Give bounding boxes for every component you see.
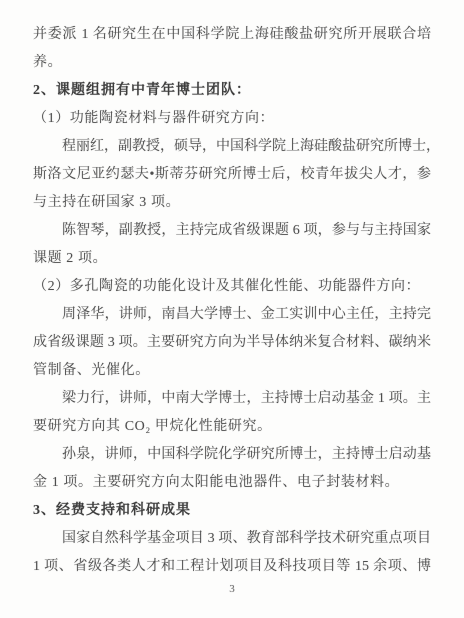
text-line: 要研究方向其 CO₂ 甲烷化性能研究。 [33, 413, 431, 441]
text-line: 孙泉，讲师，中国科学院化学研究所博士，主持博士启动基 [33, 441, 431, 469]
text-line: 斯洛文尼亚约瑟夫•斯蒂芬研究所博士后，校青年拔尖人才，参 [33, 161, 431, 189]
section-heading: 2、课题组拥有中青年博士团队： [33, 77, 431, 105]
subsection-heading: （2）多孔陶瓷的功能化设计及其催化性能、功能器件方向： [33, 273, 431, 301]
text-line: 国家自然科学基金项目 3 项、教育部科学技术研究重点项目 [33, 525, 431, 553]
text-line: 3、经费支持和科研成果 [33, 497, 431, 525]
text-line: 陈智琴，副教授，主持完成省级课题 6 项，参与与主持国家 [33, 217, 431, 245]
paragraph: 国家自然科学基金项目 3 项、教育部科学技术研究重点项目1 项、省级各类人才和工… [33, 525, 431, 581]
paragraph: 并委派 1 名研究生在中国科学院上海硅酸盐研究所开展联合培养。 [33, 21, 431, 77]
section-heading: 3、经费支持和科研成果 [33, 497, 431, 525]
paragraph: 梁力行，讲师，中南大学博士，主持博士启动基金 1 项。主要研究方向其 CO₂ 甲… [33, 385, 431, 441]
text-line: 周泽华，讲师，南昌大学博士、金工实训中心主任，主持完 [33, 301, 431, 329]
subsection-heading: （1）功能陶瓷材料与器件研究方向： [33, 105, 431, 133]
text-line: 与主持在研国家 3 项。 [33, 189, 431, 217]
text-line: 管制备、光催化。 [33, 357, 431, 385]
text-line: （2）多孔陶瓷的功能化设计及其催化性能、功能器件方向： [33, 273, 431, 301]
paragraph: 孙泉，讲师，中国科学院化学研究所博士，主持博士启动基金 1 项。主要研究方向太阳… [33, 441, 431, 497]
page-number: 3 [33, 583, 431, 596]
text-line: （1）功能陶瓷材料与器件研究方向： [33, 105, 431, 133]
text-line: 成省级课题 3 项。主要研究方向为半导体纳米复合材料、碳纳米 [33, 329, 431, 357]
text-line: 2、课题组拥有中青年博士团队： [33, 77, 431, 105]
paragraph: 陈智琴，副教授，主持完成省级课题 6 项，参与与主持国家课题 2 项。 [33, 217, 431, 273]
paragraph: 程丽红，副教授，硕导，中国科学院上海硅酸盐研究所博士，斯洛文尼亚约瑟夫•斯蒂芬研… [33, 133, 431, 217]
text-line: 梁力行，讲师，中南大学博士，主持博士启动基金 1 项。主 [33, 385, 431, 413]
text-line: 课题 2 项。 [33, 245, 431, 273]
document-page: 并委派 1 名研究生在中国科学院上海硅酸盐研究所开展联合培养。2、课题组拥有中青… [0, 0, 464, 618]
paragraph: 周泽华，讲师，南昌大学博士、金工实训中心主任，主持完成省级课题 3 项。主要研究… [33, 301, 431, 385]
text-line: 养。 [33, 49, 431, 77]
text-line: 金 1 项。主要研究方向太阳能电池器件、电子封装材料。 [33, 469, 431, 497]
document-body: 并委派 1 名研究生在中国科学院上海硅酸盐研究所开展联合培养。2、课题组拥有中青… [33, 21, 431, 581]
text-line: 1 项、省级各类人才和工程计划项目及科技项目等 15 余项、博 [33, 553, 431, 581]
text-line: 程丽红，副教授，硕导，中国科学院上海硅酸盐研究所博士， [33, 133, 431, 161]
text-line: 并委派 1 名研究生在中国科学院上海硅酸盐研究所开展联合培 [33, 21, 431, 49]
